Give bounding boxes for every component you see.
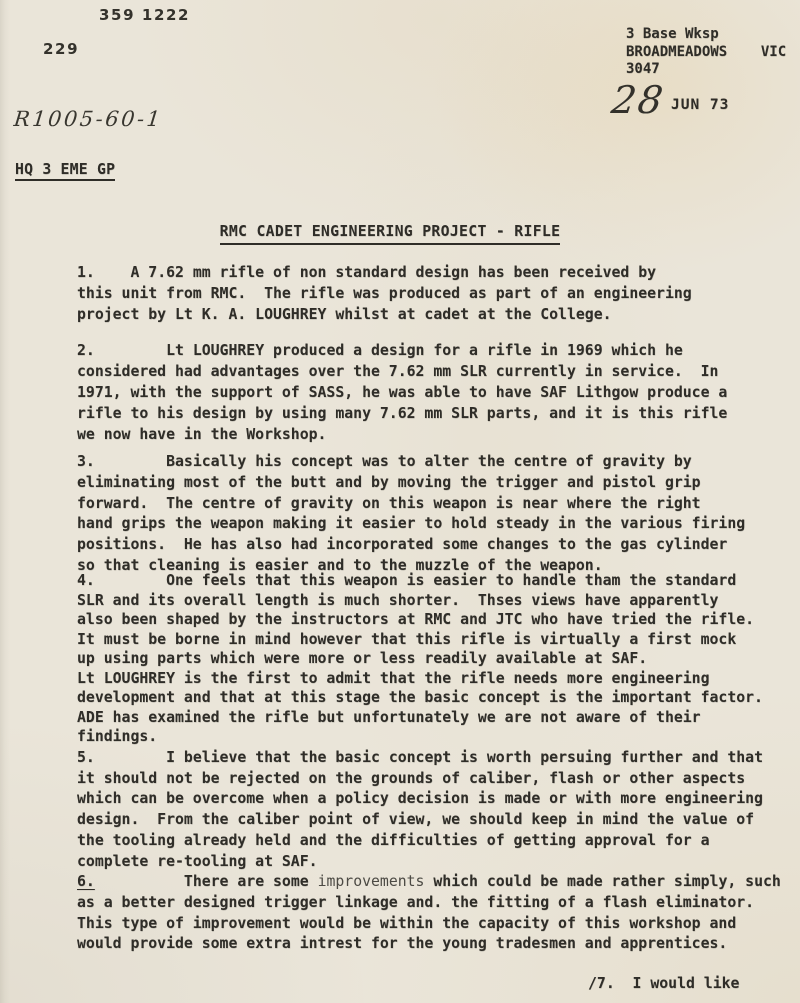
paragraph-3: 3. Basically his concept was to alter th… — [77, 452, 745, 577]
paragraph-3-text: Basically his concept was to alter the c… — [77, 453, 745, 574]
paragraph-6-text-start: There are some — [184, 873, 318, 890]
paragraph-2-number: 2. — [77, 342, 95, 359]
paragraph-2: 2. Lt LOUGHREY produced a design for a r… — [77, 340, 727, 445]
letterhead-unit: 3 Base Wksp — [626, 26, 719, 42]
addressee-line: HQ 3 EME GP — [15, 161, 115, 181]
letterhead-location: BROADMEADOWS VIC — [626, 44, 786, 60]
paragraph-1: 1. A 7.62 mm rifle of non standard desig… — [77, 262, 692, 325]
paragraph-1-text: A 7.62 mm rifle of non standard design h… — [77, 264, 692, 323]
paragraph-3-number: 3. — [77, 453, 95, 470]
paragraph-5-gap — [95, 749, 166, 766]
paragraph-4-text: One feels that this weapon is easier to … — [77, 572, 763, 745]
title-row: RMC CADET ENGINEERING PROJECT - RIFLE — [0, 221, 780, 245]
ref-number-left: 229 — [43, 40, 79, 58]
paragraph-6-gap — [95, 873, 184, 890]
document-title: RMC CADET ENGINEERING PROJECT - RIFLE — [220, 223, 561, 245]
date-stamp-day-handwritten: 28 — [609, 78, 668, 122]
paragraph-5-number: 5. — [77, 749, 95, 766]
paragraph-5-text: I believe that the basic concept is wort… — [77, 749, 763, 870]
paragraph-4-gap — [95, 572, 166, 589]
ref-number-top: 359 1222 — [99, 6, 190, 24]
paragraph-2-text: Lt LOUGHREY produced a design for a rifl… — [77, 342, 727, 443]
paragraph-3-gap — [95, 453, 166, 470]
continuation-note: /7. I would like — [588, 975, 739, 992]
paragraph-1-number: 1. — [77, 264, 95, 281]
paragraph-5: 5. I believe that the basic concept is w… — [77, 748, 763, 872]
date-stamp-month-year: JUN 73 — [671, 97, 729, 113]
paragraph-6: 6. There are some improvements which cou… — [77, 872, 781, 955]
paragraph-2-gap — [95, 342, 166, 359]
letterhead-postcode: 3047 — [626, 61, 660, 77]
paragraph-6-inserted-word: improvements — [318, 873, 425, 890]
file-reference-handwritten: R1005-60-1 — [13, 107, 164, 131]
paragraph-1-gap — [95, 264, 131, 281]
letterhead-block: 3 Base Wksp BROADMEADOWS VIC 3047 — [626, 26, 786, 79]
paragraph-4: 4. One feels that this weapon is easier … — [77, 571, 763, 747]
paragraph-4-number: 4. — [77, 572, 95, 589]
scanned-memo-page: 359 1222 229 3 Base Wksp BROADMEADOWS VI… — [0, 0, 800, 1003]
paragraph-6-number: 6. — [77, 873, 95, 890]
